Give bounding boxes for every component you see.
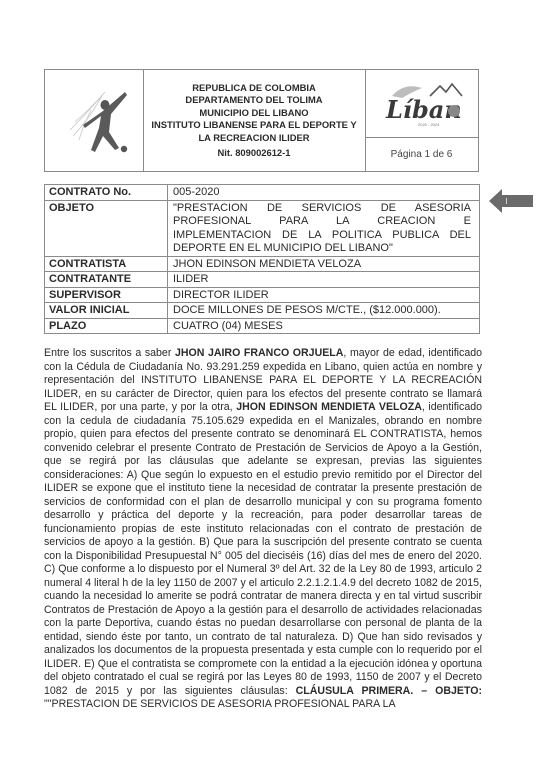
clause-first-text: ""PRESTACION DE SERVICIOS DE ASESORIA PR… bbox=[44, 698, 396, 710]
contract-info-table: CONTRATO No. 005-2020 OBJETO "PRESTACION… bbox=[44, 184, 480, 334]
svg-text:2020 - 2024: 2020 - 2024 bbox=[418, 122, 440, 127]
contractor-name: JHON EDINSON MENDIETA VELOZA bbox=[236, 401, 422, 413]
document-header-table: REPUBLICA DE COLOMBIA DEPARTAMENTO DEL T… bbox=[44, 69, 479, 172]
contract-preamble-paragraph: Entre los suscritos a saber JHON JAIRO F… bbox=[44, 347, 482, 712]
considerations-text: , identificado con la cedula de ciudadan… bbox=[44, 401, 482, 697]
contract-row-object: OBJETO "PRESTACION DE SERVICIOS DE ASESO… bbox=[45, 200, 479, 256]
header-country: REPUBLICA DE COLOMBIA bbox=[192, 82, 316, 95]
left-arrow-icon[interactable] bbox=[489, 189, 533, 213]
contract-number-label: CONTRATO No. bbox=[45, 185, 168, 200]
contract-object-label: OBJETO bbox=[45, 201, 168, 256]
header-municipality: MUNICIPIO DEL LIBANO bbox=[199, 107, 308, 120]
term-label: PLAZO bbox=[45, 319, 168, 334]
clause-first-heading: CLÁUSULA PRIMERA. – OBJETO: bbox=[296, 685, 482, 697]
contract-row-contracting: CONTRATANTE ILIDER bbox=[45, 271, 479, 287]
contract-body-text: Entre los suscritos a saber JHON JAIRO F… bbox=[44, 347, 482, 712]
term-value: CUATRO (04) MESES bbox=[168, 319, 479, 334]
page-indicator: Página 1 de 6 bbox=[365, 138, 478, 171]
libano-logo-icon: Líban 2020 - 2024 bbox=[372, 74, 472, 134]
contract-row-contractor: CONTRATISTA JHON EDINSON MENDIETA VELOZA bbox=[45, 256, 479, 272]
header-left-logo-cell bbox=[45, 70, 144, 171]
director-name: JHON JAIRO FRANCO ORJUELA bbox=[175, 347, 343, 359]
initial-value-value: DOCE MILLONES DE PESOS M/CTE., ($12.000.… bbox=[168, 303, 479, 318]
libano-logo: Líban 2020 - 2024 bbox=[365, 70, 478, 138]
contractor-value: JHON EDINSON MENDIETA VELOZA bbox=[168, 257, 479, 272]
initial-value-label: VALOR INICIAL bbox=[45, 303, 168, 318]
header-right-cell: Líban 2020 - 2024 Página 1 de 6 bbox=[365, 70, 478, 171]
header-department: DEPARTAMENTO DEL TOLIMA bbox=[185, 94, 322, 107]
header-nit: Nit. 809002612-1 bbox=[218, 147, 291, 160]
ilider-athlete-logo-icon bbox=[45, 70, 143, 171]
header-institute: INSTITUTO LIBANENSE PARA EL DEPORTE Y bbox=[151, 119, 356, 132]
supervisor-label: SUPERVISOR bbox=[45, 288, 168, 303]
contract-row-value: VALOR INICIAL DOCE MILLONES DE PESOS M/C… bbox=[45, 302, 479, 318]
contract-object-value: "PRESTACION DE SERVICIOS DE ASESORIA PRO… bbox=[168, 201, 479, 256]
contractor-label: CONTRATISTA bbox=[45, 257, 168, 272]
header-title-cell: REPUBLICA DE COLOMBIA DEPARTAMENTO DEL T… bbox=[143, 70, 366, 171]
contracting-value: ILIDER bbox=[168, 272, 479, 287]
contract-row-number: CONTRATO No. 005-2020 bbox=[45, 185, 479, 200]
supervisor-value: DIRECTOR ILIDER bbox=[168, 288, 479, 303]
preamble-text: Entre los suscritos a saber bbox=[44, 347, 175, 359]
contracting-label: CONTRATANTE bbox=[45, 272, 168, 287]
contract-number-value: 005-2020 bbox=[168, 185, 479, 200]
contract-row-term: PLAZO CUATRO (04) MESES bbox=[45, 318, 479, 334]
header-institute-2: LA RECREACION ILIDER bbox=[198, 132, 309, 145]
contract-row-supervisor: SUPERVISOR DIRECTOR ILIDER bbox=[45, 287, 479, 303]
